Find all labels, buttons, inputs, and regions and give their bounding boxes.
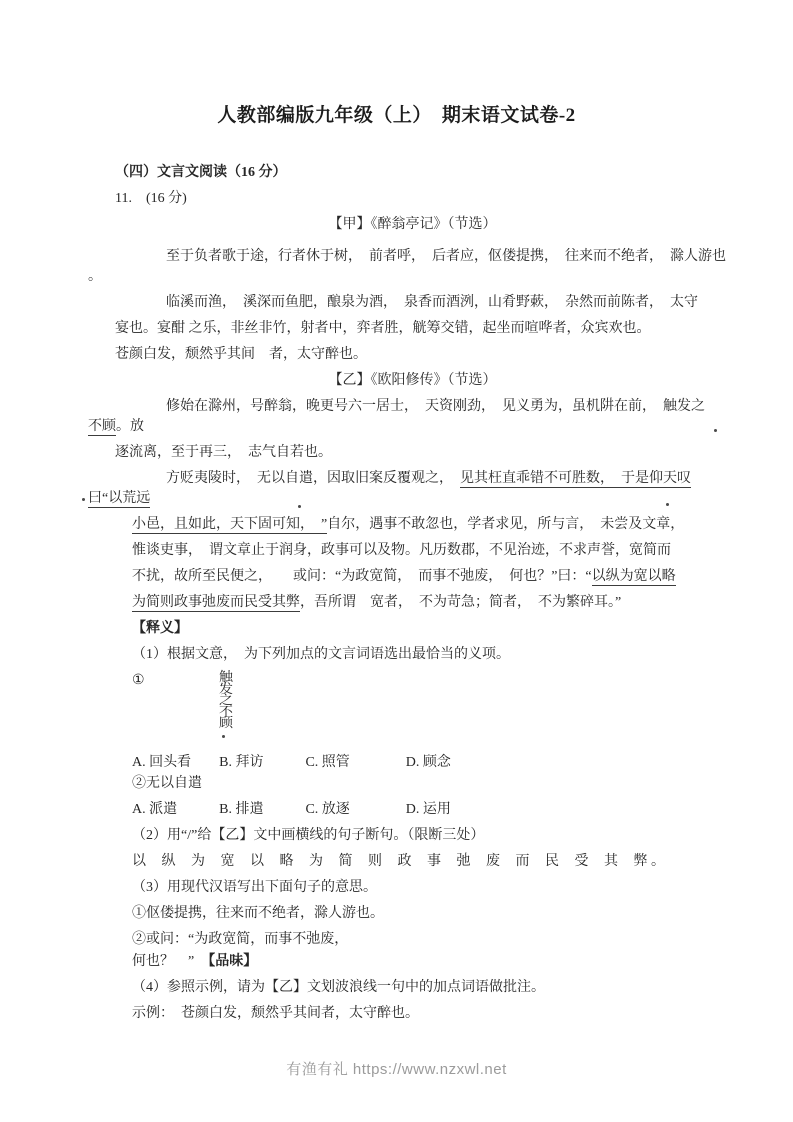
text-segment: 。 xyxy=(88,269,102,284)
text-segment: 【释义】 xyxy=(132,621,188,636)
text-segment: 宴也。宴酣 之乐，非丝非竹，射者中，弈者胜，觥筹交错，起坐而喧哗者，众宾欢也。 xyxy=(115,321,651,336)
yi-line-7: 惟谈吏事， 谓文章止于润身，政事可以及物。凡历数郡，不见治迹，不求声誉，宽简而 xyxy=(132,541,737,561)
question-number: 11. (16 分) xyxy=(115,189,737,209)
text-segment: 【乙】《欧阳修传》（节选） xyxy=(329,373,497,388)
text-segment: （1）根据文意， 为下列加点的文言词语选出最恰当的义项。 xyxy=(132,647,510,662)
text-segment: ②或问：“为政宽简，而事不弛废， xyxy=(132,932,348,947)
q1-prompt: （1）根据文意， 为下列加点的文言词语选出最恰当的义项。 xyxy=(132,645,737,665)
underlined-text: 曰“以荒远 xyxy=(88,491,150,508)
underlined-text: 小邑，且如此，天下固可知， ” xyxy=(132,517,327,534)
q1-item-1: ①触发之不顾 xyxy=(132,671,737,747)
section-heading: （四）文言文阅读（16 分） xyxy=(115,163,737,183)
footer-text: 有渔有礼 https://www.nzxwl.net xyxy=(286,1061,507,1078)
q3-prompt: （3）用现代汉语写出下面句子的意思。 xyxy=(132,878,737,898)
text-segment: 何也？ ” xyxy=(132,954,208,969)
jia-line-5: 苍颜白发，颓然乎其间 者，太守醉也。 xyxy=(115,345,737,365)
jia-line-2: 。 xyxy=(88,267,737,287)
emphasis-dot xyxy=(82,498,85,501)
q1-item-1-options: A. 回头看 B. 拜访 C. 照管 D. 顾念 xyxy=(132,753,737,773)
q3-item-2: ②或问：“为政宽简，而事不弛废， xyxy=(132,930,737,950)
text-segment: ，吾所谓 宽者， 不为苛急；简者， 不为繁碎耳。” xyxy=(300,595,621,610)
yi-line-1: 修始在滁州，号醉翁，晚更号六一居士， 天资刚劲， 见义勇为，虽机阱在前， 触发之 xyxy=(166,397,737,417)
emphasis-dot xyxy=(714,429,717,432)
text-segment: ②无以自遣 xyxy=(132,776,202,791)
passage-jia-heading: 【甲】《醉翁亭记》（节选） xyxy=(88,215,737,235)
text-segment: 11. (16 分) xyxy=(115,191,187,206)
yi-line-4: 方贬夷陵时， 无以自遣，因取旧案反覆观之， 见其枉直乖错不可胜数， 于是仰天叹 xyxy=(166,469,737,489)
jia-line-1: 至于负者歌于途，行者休于树， 前者呼， 后者应，伛偻提携， 往来而不绝者， 滁人… xyxy=(166,247,737,267)
q3-item-2-cont: 何也？ ” 【品味】 xyxy=(132,952,737,972)
text-segment: 临溪而渔， 溪深而鱼肥，酿泉为酒， 泉香而酒洌，山肴野蔌， 杂然而前陈者， 太守 xyxy=(166,295,698,310)
document-body: （四）文言文阅读（16 分）11. (16 分)【甲】《醉翁亭记》（节选）至于负… xyxy=(0,163,793,1024)
underlined-text: 不顾 xyxy=(88,419,116,436)
text-segment: 以 纵 为 宽 以 略 为 简 则 政 事 弛 废 而 民 受 其 弊。 xyxy=(132,854,669,869)
footer-watermark: 有渔有礼 https://www.nzxwl.net xyxy=(0,1058,793,1079)
q2-sentence: 以 纵 为 宽 以 略 为 简 则 政 事 弛 废 而 民 受 其 弊。 xyxy=(132,852,737,872)
yi-line-9: 为简则政事弛废而民受其弊，吾所谓 宽者， 不为苛急；简者， 不为繁碎耳。” xyxy=(132,593,737,613)
underlined-text: 为简则政事弛废而民受其弊 xyxy=(132,595,300,612)
q1-item-2: ②无以自遣 xyxy=(132,774,737,794)
text-segment: （四）文言文阅读（16 分） xyxy=(115,165,287,180)
text-segment: 惟谈吏事， 谓文章止于润身，政事可以及物。凡历数郡，不见治迹，不求声誉，宽简而 xyxy=(132,543,671,558)
yi-line-3: 逐流离，至于再三， 志气自若也。 xyxy=(115,443,737,463)
text-segment: A. 回头看 B. 拜访 C. 照管 D. 顾念 xyxy=(132,755,451,770)
text-segment: 【品味】 xyxy=(208,954,257,969)
text-segment: 【甲】《醉翁亭记》（节选） xyxy=(329,217,497,232)
text-segment: 。放 xyxy=(116,419,144,434)
page-title: 人教部编版九年级（上） 期末语文试卷-2 xyxy=(0,100,793,127)
text-segment: 方贬夷陵时， 无以自遣，因取旧案反覆观之， xyxy=(166,471,460,486)
underlined-text: 以纵为宽以略 xyxy=(592,569,676,586)
q2-prompt: （2）用“/”给【乙】文中画横线的句子断句。（限断三处） xyxy=(132,826,737,846)
text-segment: （2）用“/”给【乙】文中画横线的句子断句。（限断三处） xyxy=(132,828,484,843)
item-label: ① xyxy=(132,671,145,691)
text-segment: 示例： 苍颜白发，颓然乎其间者，太守醉也。 xyxy=(132,1006,419,1021)
jia-line-3: 临溪而渔， 溪深而鱼肥，酿泉为酒， 泉香而酒洌，山肴野蔌， 杂然而前陈者， 太守 xyxy=(166,293,737,313)
exam-page: 人教部编版九年级（上） 期末语文试卷-2 （四）文言文阅读（16 分）11. (… xyxy=(0,0,793,1122)
yi-line-2: 不顾。放 xyxy=(88,417,737,437)
text-segment: 苍颜白发，颓然乎其间 者，太守醉也。 xyxy=(115,347,367,362)
yi-line-8: 不扰，故所至民便之， 或问：“为政宽简， 而事不弛废， 何也？”曰：“以纵为宽以… xyxy=(132,567,737,587)
q3-item-1: ①伛偻提携，往来而不绝者，滁人游也。 xyxy=(132,904,737,924)
text-segment: ①伛偻提携，往来而不绝者，滁人游也。 xyxy=(132,906,384,921)
text-segment: 逐流离，至于再三， 志气自若也。 xyxy=(115,445,332,460)
vertical-char: 顾 xyxy=(218,718,234,729)
q4-example: 示例： 苍颜白发，颓然乎其间者，太守醉也。 xyxy=(132,1004,737,1024)
underlined-text: 见其枉直乖错不可胜数， 于是仰天叹 xyxy=(460,471,691,488)
text-segment: （4）参照示例，请为【乙】文划波浪线一句中的加点词语做批注。 xyxy=(132,980,545,995)
q1-item-2-options: A. 派遣 B. 排遣 C. 放逐 D. 运用 xyxy=(132,800,737,820)
jia-line-4: 宴也。宴酣 之乐，非丝非竹，射者中，弈者胜，觥筹交错，起坐而喧哗者，众宾欢也。 xyxy=(115,319,737,339)
passage-yi-heading: 【乙】《欧阳修传》（节选） xyxy=(88,371,737,391)
yi-line-5: 曰“以荒远 xyxy=(88,489,737,509)
emphasis-dot xyxy=(666,503,669,506)
vertical-annotated-word: 触发之不顾 xyxy=(218,672,234,730)
emphasis-dot xyxy=(222,735,225,738)
q4-prompt: （4）参照示例，请为【乙】文划波浪线一句中的加点词语做批注。 xyxy=(132,978,737,998)
text-segment: 至于负者歌于途，行者休于树， 前者呼， 后者应，伛偻提携， 往来而不绝者， 滁人… xyxy=(166,249,726,264)
shiyi-heading: 【释义】 xyxy=(132,619,737,639)
text-segment: 自尔，遇事不敢忽也，学者求见，所与言， 未尝及文章， xyxy=(327,517,684,532)
text-segment: 修始在滁州，号醉翁，晚更号六一居士， 天资刚劲， 见义勇为，虽机阱在前， 触发之 xyxy=(166,399,705,414)
yi-line-6: 小邑，且如此，天下固可知， ”自尔，遇事不敢忽也，学者求见，所与言， 未尝及文章… xyxy=(132,515,737,535)
text-segment: （3）用现代汉语写出下面句子的意思。 xyxy=(132,880,377,895)
emphasis-dot xyxy=(298,505,301,508)
text-segment: A. 派遣 B. 排遣 C. 放逐 D. 运用 xyxy=(132,802,451,817)
text-segment: 不扰，故所至民便之， 或问：“为政宽简， 而事不弛废， 何也？”曰：“ xyxy=(132,569,592,584)
